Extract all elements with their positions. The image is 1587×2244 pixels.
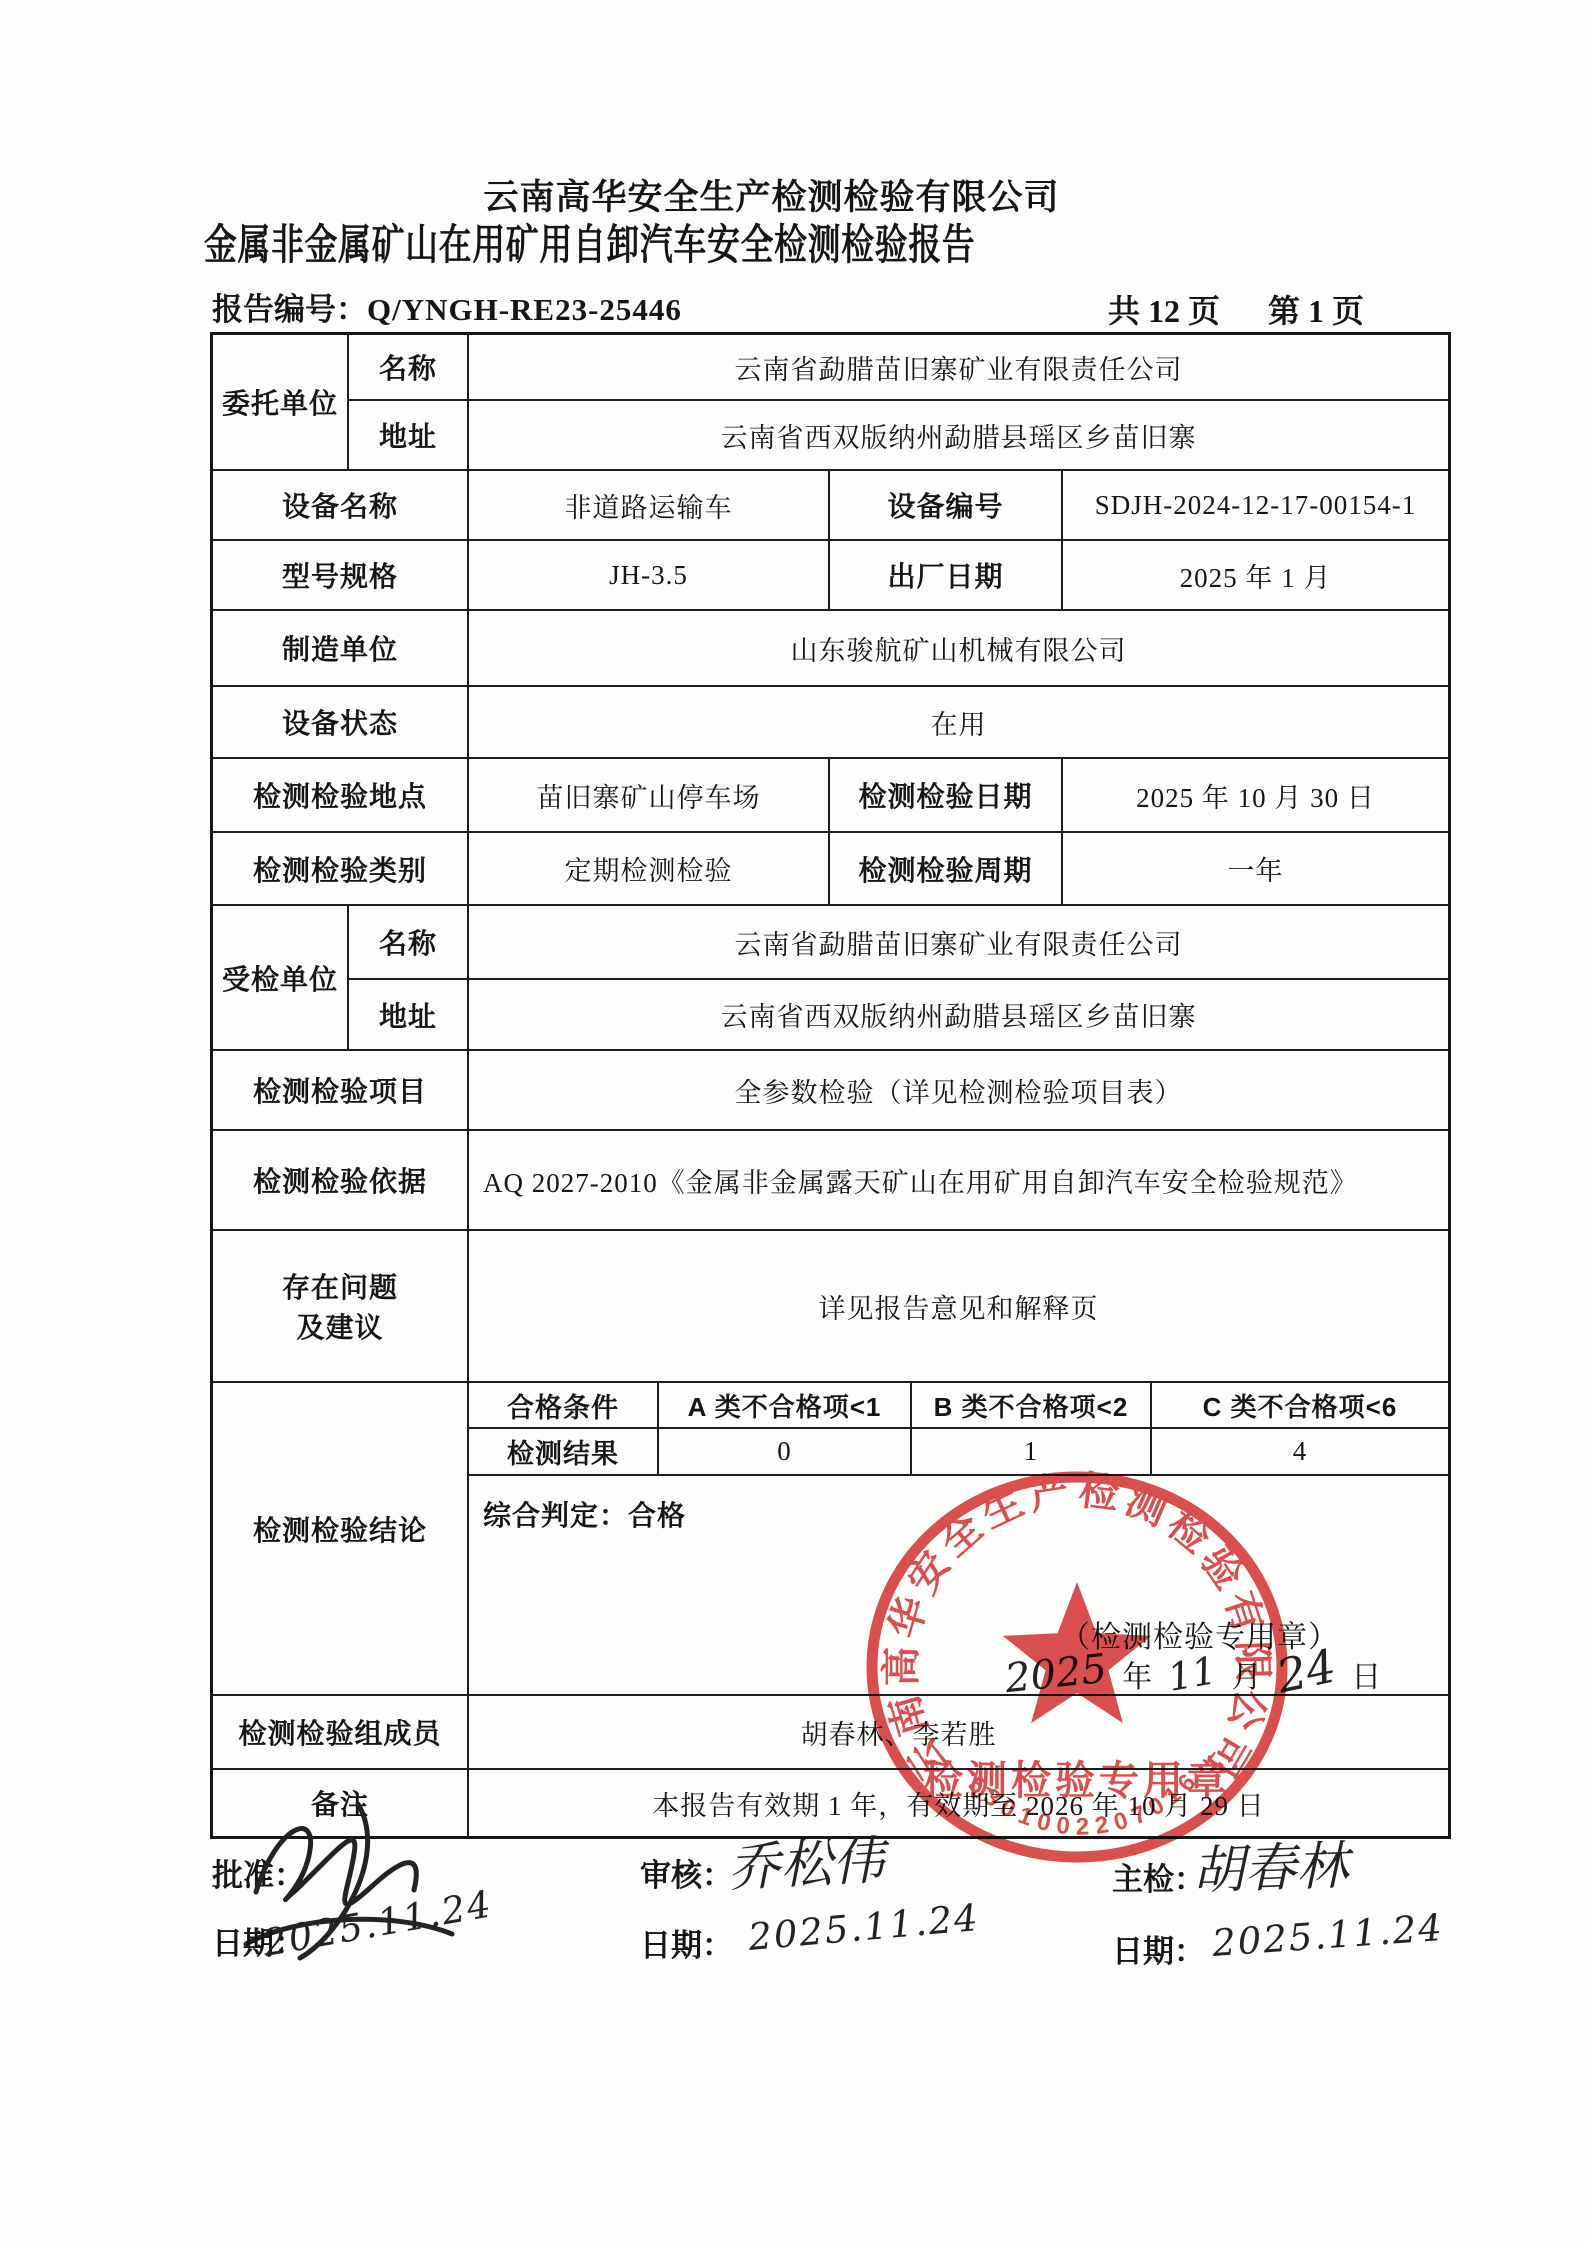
team-label: 检测检验组成员 [213, 1696, 469, 1770]
client-name: 云南省勐腊苗旧寨矿业有限责任公司 [469, 335, 1448, 401]
inspected-name: 云南省勐腊苗旧寨矿业有限责任公司 [469, 906, 1448, 980]
device-name: 非道路运输车 [469, 471, 830, 541]
review-date-label: 日期： [640, 1920, 733, 1965]
client-group-label: 委托单位 [213, 335, 349, 471]
inspected-name-label: 名称 [349, 906, 469, 980]
page-info: 共 12 页第 1 页 [1108, 286, 1428, 332]
inspection-date: 2025 年 10 月 30 日 [1063, 759, 1448, 833]
criteria-b: B 类不合格项<2 [912, 1383, 1152, 1429]
problems-row: 存在问题 及建议 详见报告意见和解释页 [213, 1231, 1448, 1383]
chief-date: 2025.11.24 [1211, 1906, 1445, 1965]
type: 定期检测检验 [469, 833, 830, 906]
criteria-c: C 类不合格项<6 [1152, 1383, 1448, 1429]
seal-star-icon [1003, 1582, 1151, 1723]
review-label: 审核： [640, 1850, 733, 1895]
day-char: 日 [1351, 1652, 1381, 1696]
client-address: 云南省西双版纳州勐腊县瑶区乡苗旧寨 [469, 401, 1448, 471]
inspected-address: 云南省西双版纳州勐腊县瑶区乡苗旧寨 [469, 980, 1448, 1051]
basis: AQ 2027-2010《金属非金属露天矿山在用矿用自卸汽车安全检验规范》 [469, 1131, 1448, 1231]
model: JH-3.5 [469, 541, 830, 611]
client-section: 委托单位 名称 云南省勐腊苗旧寨矿业有限责任公司 地址 云南省西双版纳州勐腊县瑶… [213, 335, 1448, 471]
basis-row: 检测检验依据 AQ 2027-2010《金属非金属露天矿山在用矿用自卸汽车安全检… [213, 1131, 1448, 1231]
client-name-label: 名称 [349, 335, 469, 401]
report-title: 金属非金属矿山在用矿用自卸汽车安全检测检验报告 [204, 212, 975, 272]
maker: 山东骏航矿山机械有限公司 [469, 611, 1448, 687]
current-page: 第 1 页 [1268, 293, 1364, 329]
inspected-address-label: 地址 [349, 980, 469, 1051]
device-name-row: 设备名称 非道路运输车 设备编号 SDJH-2024-12-17-00154-1 [213, 471, 1448, 541]
inspected-section: 受检单位 名称 云南省勐腊苗旧寨矿业有限责任公司 地址 云南省西双版纳州勐腊县瑶… [213, 906, 1448, 1051]
maker-row: 制造单位 山东骏航矿山机械有限公司 [213, 611, 1448, 687]
items-label: 检测检验项目 [213, 1051, 469, 1131]
verdict: 合格 [628, 1494, 686, 1534]
model-row: 型号规格 JH-3.5 出厂日期 2025 年 1 月 [213, 541, 1448, 611]
items-row: 检测检验项目 全参数检验（详见检测检验项目表） [213, 1051, 1448, 1131]
items: 全参数检验（详见检测检验项目表） [469, 1051, 1448, 1131]
status: 在用 [469, 687, 1448, 759]
problems-label: 存在问题 及建议 [213, 1231, 469, 1383]
device-name-label: 设备名称 [213, 471, 469, 541]
cycle-label: 检测检验周期 [830, 833, 1063, 906]
site: 苗旧寨矿山停车场 [469, 759, 830, 833]
chief-date-label: 日期： [1112, 1926, 1205, 1971]
type-label: 检测检验类别 [213, 833, 469, 906]
verdict-label: 综合判定： [483, 1494, 628, 1534]
type-row: 检测检验类别 定期检测检验 检测检验周期 一年 [213, 833, 1448, 906]
mfg-date-label: 出厂日期 [830, 541, 1063, 611]
criteria-a: A 类不合格项<1 [659, 1383, 912, 1429]
model-label: 型号规格 [213, 541, 469, 611]
client-address-label: 地址 [349, 401, 469, 471]
report-number-line: 报告编号：Q/YNGH-RE23-25446 [212, 284, 682, 329]
review-date: 2025.11.24 [747, 1896, 982, 1959]
criteria-label: 合格条件 [469, 1383, 659, 1429]
inspected-group-label: 受检单位 [213, 906, 349, 1051]
cycle: 一年 [1063, 833, 1448, 906]
report-page: 云南高华安全生产检测检验有限公司 金属非金属矿山在用矿用自卸汽车安全检测检验报告… [0, 0, 1587, 2244]
status-row: 设备状态 在用 [213, 687, 1448, 759]
result-label: 检测结果 [469, 1429, 659, 1476]
report-number: Q/YNGH-RE23-25446 [367, 292, 682, 327]
chief-signature: 胡春林 [1191, 1823, 1350, 1903]
company-seal-stamp: 云南高华安全生产检测检验有限公司 检测检验专用章 5301002207016 [852, 1462, 1302, 1872]
basis-label: 检测检验依据 [213, 1131, 469, 1231]
maker-label: 制造单位 [213, 611, 469, 687]
inspection-date-label: 检测检验日期 [830, 759, 1063, 833]
site-row: 检测检验地点 苗旧寨矿山停车场 检测检验日期 2025 年 10 月 30 日 [213, 759, 1448, 833]
conclusion-label: 检测检验结论 [213, 1383, 469, 1696]
report-number-label: 报告编号： [212, 292, 367, 327]
mfg-date: 2025 年 1 月 [1063, 541, 1448, 611]
device-code-label: 设备编号 [830, 471, 1063, 541]
review-signature: 乔松伟 [726, 1818, 886, 1901]
status-label: 设备状态 [213, 687, 469, 759]
site-label: 检测检验地点 [213, 759, 469, 833]
problems-value: 详见报告意见和解释页 [469, 1231, 1448, 1383]
total-pages: 共 12 页 [1108, 293, 1220, 329]
device-code: SDJH-2024-12-17-00154-1 [1063, 471, 1448, 541]
